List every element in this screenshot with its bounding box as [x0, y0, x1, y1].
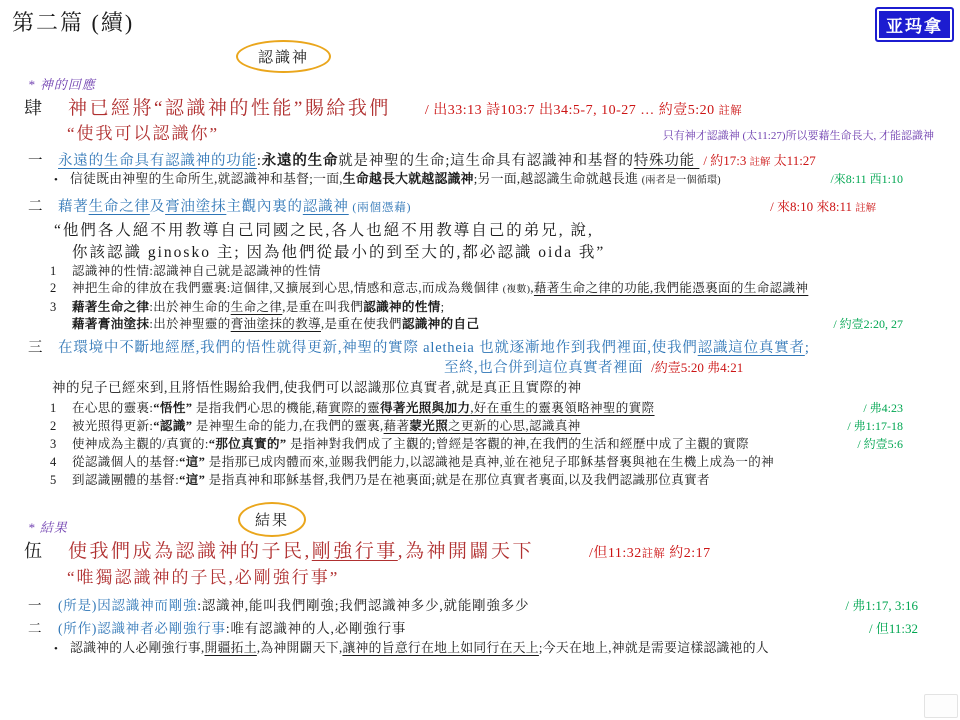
- row-text: 從認識個人的基督:“這” 是指那已成肉體而來,並賜我們能力,以認識祂是真神,並在…: [72, 454, 774, 471]
- corner-placeholder: [924, 694, 958, 718]
- row-marker: 伍: [24, 539, 68, 564]
- scripture-ref: / 約壹2:20, 27: [833, 316, 903, 333]
- scripture-ref: / 弗1:17-18: [847, 418, 903, 435]
- scripture-ref: / 約壹5:6: [857, 436, 903, 453]
- point-4-heading: 肆神已經將“認識神的性能”賜給我們/ 出33:13 詩103:7 出34:5-7…: [24, 96, 948, 122]
- amana-badge: 亚玛拿: [875, 7, 954, 42]
- point-5-quote: “唯獨認識神的子民,必剛強行事”: [67, 566, 948, 589]
- page-title: 第二篇 (續): [12, 8, 948, 37]
- scripture-ref: / 出33:13 詩103:7 出34:5-7, 10-27 … 約壹5:20 …: [425, 101, 742, 120]
- section-3-item-3: 3使神成為主觀的/真實的:“那位真實的” 是指神對我們成了主觀的;曾經是客觀的神…: [50, 436, 948, 453]
- row-marker: 1: [50, 263, 72, 280]
- row-marker: 3: [50, 299, 72, 316]
- row-text: “他們各人絕不用教導自己同國之民,各人也絕不用教導自己的弟兄, 說,: [54, 220, 594, 241]
- row-marker: 2: [50, 280, 72, 297]
- row-text: 神的兒子已經來到,且將悟性賜給我們,使我們可以認識那位真實者,就是真正且實際的神: [52, 379, 582, 398]
- result-label: * 結果: [28, 519, 948, 537]
- point-5-heading: 伍使我們成為認識神的子民,剛強行事,為神開闢天下/但11:32註解 約2:17: [24, 539, 948, 565]
- row-text: 至終,也合併到這位真實者裡面: [444, 358, 643, 378]
- row-marker: 肆: [24, 96, 68, 121]
- section-3-item-2: 2被光照得更新:“認識” 是神聖生命的能力,在我們的靈裏,藉著蒙光照之更新的心思…: [50, 418, 948, 435]
- section-2-item-3a: 3藉著生命之律:出於神生命的生命之律,是重在叫我們認識神的性情;: [50, 299, 948, 316]
- scripture-ref: / 約17:3 註解 太11:27: [703, 152, 815, 170]
- section-2-line: 二藉著生命之律及膏油塗抹主觀內裏的認識神 (兩個憑藉)/ 來8:10 來8:11…: [28, 197, 948, 217]
- row-marker: 一: [28, 597, 58, 616]
- row-marker: 二: [28, 197, 58, 217]
- row-text: 認識神的人必剛強行事,開疆拓土,為神開闢天下,讓神的旨意行在地上如同行在天上;今…: [70, 640, 769, 658]
- row-text: 被光照得更新:“認識” 是神聖生命的能力,在我們的靈裏,藉著蒙光照之更新的心思,…: [72, 418, 581, 435]
- topic-oval-know-god: 認識神: [236, 40, 331, 73]
- section-2-item-2: 2神把生命的律放在我們靈裏:這個律,又擴展到心思,情感和意志,而成為幾個律 (複…: [50, 280, 948, 297]
- row-text: 在環境中不斷地經歷,我們的悟性就得更新,神聖的實際 aletheia 也就逐漸地…: [58, 338, 810, 358]
- scripture-ref: /約壹5:20 弗4:21: [651, 359, 743, 377]
- row-text: * 神的回應: [28, 76, 96, 94]
- row-marker: 4: [50, 454, 72, 471]
- scripture-ref: 只有神才認識神 (太11:27)所以要藉生命長大, 才能認識神: [663, 129, 934, 144]
- section-2-item-1: 1認識神的性情:認識神自己就是認識神的性情: [50, 263, 948, 280]
- scripture-ref: / 來8:10 來8:11 註解: [770, 198, 876, 216]
- section-3-summary: 神的兒子已經來到,且將悟性賜給我們,使我們可以認識那位真實者,就是真正且實際的神: [52, 379, 948, 398]
- row-text: (所作)認識神者必剛強行事:唯有認識神的人,必剛強行事: [58, 620, 406, 639]
- response-label: * 神的回應: [28, 76, 948, 94]
- row-marker: 3: [50, 436, 72, 453]
- section-3-item-1: 1在心思的靈裏:“悟性” 是指我們心思的機能,藉實際的靈得著光照與加力,好在重生…: [50, 400, 948, 417]
- result-2-line: 二(所作)認識神者必剛強行事:唯有認識神的人,必剛強行事/ 但11:32: [28, 620, 948, 639]
- row-text: “唯獨認識神的子民,必剛強行事”: [67, 566, 339, 589]
- row-marker: 二: [28, 620, 58, 639]
- row-text: * 結果: [28, 519, 68, 537]
- section-1-bullet: •信徒既由神聖的生命所生,就認識神和基督;一面,生命越長大就越認識神;另一面,越…: [54, 171, 948, 189]
- slide: 第二篇 (續) 亚玛拿 認識神 結果 * 神的回應肆神已經將“認識神的性能”賜給…: [0, 0, 960, 720]
- scripture-ref: / 弗1:17, 3:16: [845, 597, 918, 615]
- amana-badge-label: 亚玛拿: [886, 17, 943, 36]
- section-3-line: 三在環境中不斷地經歷,我們的悟性就得更新,神聖的實際 aletheia 也就逐漸…: [28, 338, 948, 358]
- row-text: 神已經將“認識神的性能”賜給我們: [68, 96, 391, 122]
- row-text: 藉著生命之律:出於神生命的生命之律,是重在叫我們認識神的性情;: [72, 299, 445, 316]
- row-text: 神把生命的律放在我們靈裏:這個律,又擴展到心思,情感和意志,而成為幾個律 (複數…: [72, 280, 808, 297]
- row-marker: •: [54, 642, 70, 657]
- row-text: 認識神的性情:認識神自己就是認識神的性情: [72, 263, 321, 280]
- row-marker: 一: [28, 151, 58, 171]
- section-3-item-4: 4從認識個人的基督:“這” 是指那已成肉體而來,並賜我們能力,以認識祂是真神,並…: [50, 454, 948, 471]
- scripture-ref: / 弗4:23: [863, 400, 903, 417]
- row-marker: •: [54, 173, 70, 188]
- row-text: 信徒既由神聖的生命所生,就認識神和基督;一面,生命越長大就越認識神;另一面,越認…: [70, 171, 721, 189]
- row-marker: 三: [28, 338, 58, 358]
- outline-body: * 神的回應肆神已經將“認識神的性能”賜給我們/ 出33:13 詩103:7 出…: [12, 76, 948, 657]
- row-marker: 5: [50, 472, 72, 489]
- scripture-ref: / 但11:32: [869, 620, 918, 638]
- section-3-line-cont: 至終,也合併到這位真實者裡面/約壹5:20 弗4:21: [444, 358, 948, 378]
- result-2-bullet: •認識神的人必剛強行事,開疆拓土,為神開闢天下,讓神的旨意行在地上如同行在天上;…: [54, 640, 948, 658]
- row-marker: 1: [50, 400, 72, 417]
- section-1-line: 一永遠的生命具有認識神的功能:永遠的生命就是神聖的生命;這生命具有認識神和基督的…: [28, 151, 948, 171]
- row-text: 使神成為主觀的/真實的:“那位真實的” 是指神對我們成了主觀的;曾經是客觀的神,…: [72, 436, 749, 453]
- row-text: 到認識團體的基督:“這” 是指真神和耶穌基督,我們乃是在祂裏面;就是在那位真實者…: [72, 472, 710, 489]
- topic-oval-know-god-label: 認識神: [258, 46, 309, 67]
- section-2-quote-2: 你該認識 ginosko 主; 因為他們從最小的到至大的,都必認識 oida 我…: [72, 242, 948, 263]
- row-text: (所是)因認識神而剛強:認識神,能叫我們剛強;我們認識神多少,就能剛強多少: [58, 597, 529, 616]
- scripture-ref: /但11:32註解 約2:17: [589, 544, 711, 563]
- row-text: 永遠的生命具有認識神的功能:永遠的生命就是神聖的生命;這生命具有認識神和基督的特…: [58, 151, 699, 171]
- row-text: 你該認識 ginosko 主; 因為他們從最小的到至大的,都必認識 oida 我…: [72, 242, 605, 263]
- section-2-quote-1: “他們各人絕不用教導自己同國之民,各人也絕不用教導自己的弟兄, 說,: [54, 220, 948, 241]
- section-3-item-5: 5到認識團體的基督:“這” 是指真神和耶穌基督,我們乃是在祂裏面;就是在那位真實…: [50, 472, 948, 489]
- point-4-quote: “使我可以認識你”只有神才認識神 (太11:27)所以要藉生命長大, 才能認識神: [67, 122, 948, 145]
- row-text: “使我可以認識你”: [67, 122, 219, 145]
- result-1-line: 一(所是)因認識神而剛強:認識神,能叫我們剛強;我們認識神多少,就能剛強多少/ …: [28, 597, 948, 616]
- row-marker: 2: [50, 418, 72, 435]
- row-text: 使我們成為認識神的子民,剛強行事,為神開闢天下: [68, 539, 534, 565]
- row-text: 藉著膏油塗抹:出於神聖靈的膏油塗抹的教導,是重在使我們認識神的自己: [72, 316, 479, 333]
- scripture-ref: /來8:11 西1:10: [830, 171, 903, 188]
- row-text: 藉著生命之律及膏油塗抹主觀內裏的認識神 (兩個憑藉): [58, 197, 411, 217]
- row-text: 在心思的靈裏:“悟性” 是指我們心思的機能,藉實際的靈得著光照與加力,好在重生的…: [72, 400, 655, 417]
- section-2-item-3b: 藉著膏油塗抹:出於神聖靈的膏油塗抹的教導,是重在使我們認識神的自己/ 約壹2:2…: [50, 316, 948, 333]
